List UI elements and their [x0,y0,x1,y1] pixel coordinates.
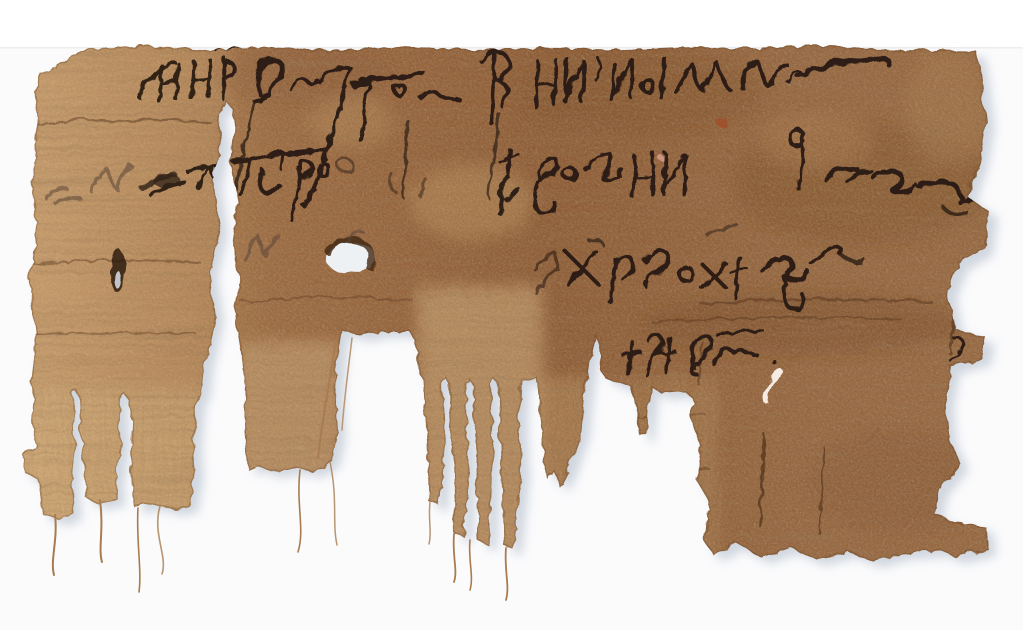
rust-speck [716,116,727,127]
hole-small-light [115,271,122,289]
photo-canvas [0,0,1023,630]
scan-background-top-band [0,0,1023,47]
papyrus-photo [0,0,1023,630]
